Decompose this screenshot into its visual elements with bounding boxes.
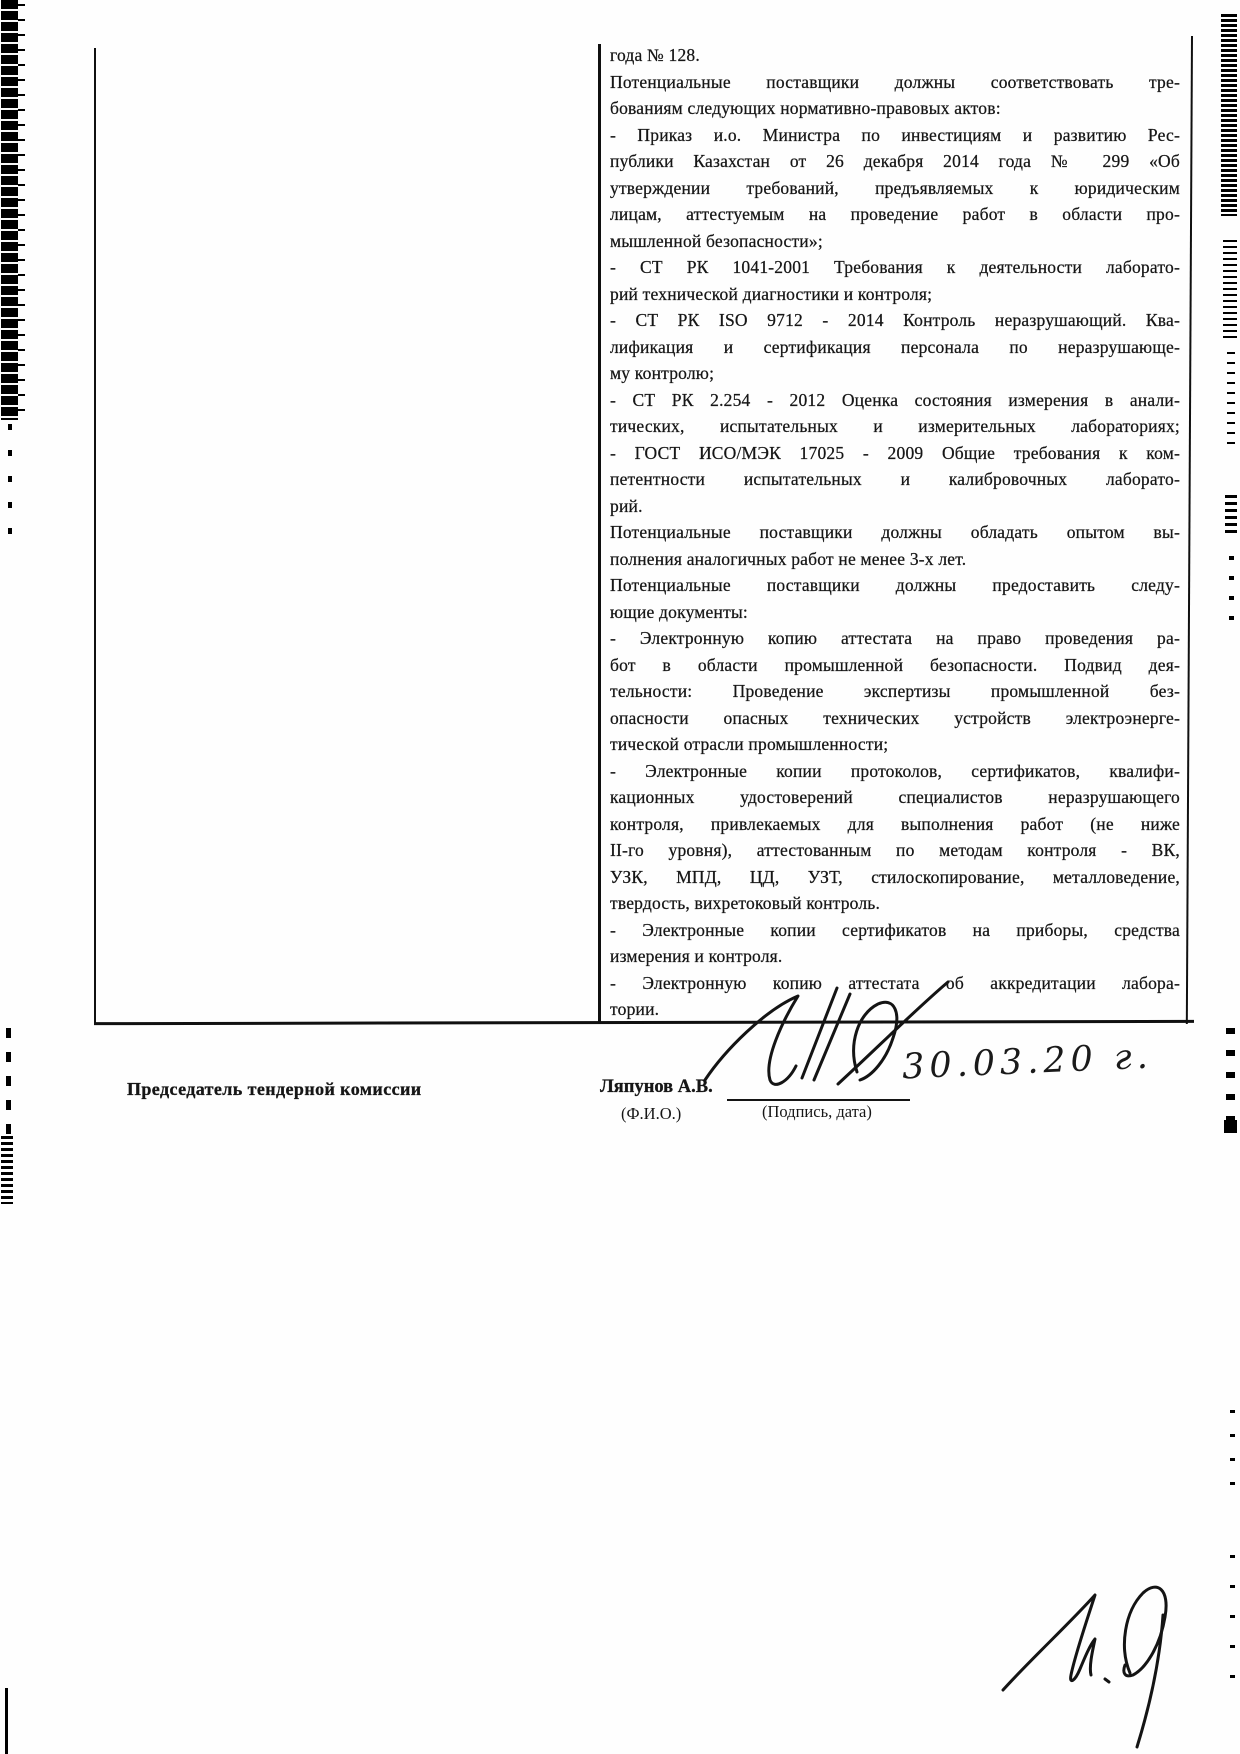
text-line: мышленной безопасности»; — [610, 228, 1180, 255]
text-line: УЗК, МПД, ЦД, УЗТ, стилоскопирование, ме… — [610, 864, 1180, 891]
text-line: измерения и контроля. — [610, 943, 1180, 970]
text-line: бованиям следующих нормативно-правовых а… — [610, 95, 1180, 122]
scan-artifact-left-dashes — [8, 424, 12, 534]
text-line: рий. — [610, 493, 1180, 520]
text-line: - Электронные копии сертификатов на приб… — [610, 917, 1180, 944]
text-line: - СТ РК 1041-2001 Требования к деятельно… — [610, 254, 1180, 281]
text-line: кационных удостоверений специалистов нер… — [610, 784, 1180, 811]
text-line: Потенциальные поставщики должны предоста… — [610, 572, 1180, 599]
scanned-document-page: года № 128.Потенциальные поставщики долж… — [0, 0, 1240, 1754]
text-line: Потенциальные поставщики должны обладать… — [610, 519, 1180, 546]
text-line: бот в области промышленной безопасности.… — [610, 652, 1180, 679]
text-line: лификация и сертификация персонала по не… — [610, 334, 1180, 361]
table-border-right — [1186, 36, 1193, 1024]
text-line: года № 128. — [610, 42, 1180, 69]
tender-requirements-text: года № 128.Потенциальные поставщики долж… — [610, 42, 1180, 1023]
text-line: ющие документы: — [610, 599, 1180, 626]
scan-artifact-right-band — [1225, 495, 1237, 537]
text-line: му контролю; — [610, 360, 1180, 387]
scan-artifact-right-barcode — [1221, 14, 1237, 216]
scan-artifact-right-dashes — [1230, 1410, 1235, 1490]
signature-line — [727, 1099, 910, 1101]
scan-artifact-left-dashes — [6, 1028, 11, 1140]
scan-artifact-left-strip — [1, 0, 18, 420]
handwritten-initials — [995, 1575, 1185, 1750]
text-line: Потенциальные поставщики должны соответс… — [610, 69, 1180, 96]
scan-artifact-left-band — [1, 1136, 13, 1204]
text-line: петентности испытательных и калибровочны… — [610, 466, 1180, 493]
text-line: - СТ РК 2.254 - 2012 Оценка состояния из… — [610, 387, 1180, 414]
table-column-divider — [598, 44, 601, 1024]
text-line: контроля, привлекаемых для выполнения ра… — [610, 811, 1180, 838]
text-line: лицам, аттестуемым на проведение работ в… — [610, 201, 1180, 228]
signature-date-caption: (Подпись, дата) — [762, 1102, 872, 1122]
fio-caption: (Ф.И.О.) — [621, 1104, 681, 1124]
text-line: тической отрасли промышленности; — [610, 731, 1180, 758]
text-line: тельности: Проведение экспертизы промышл… — [610, 678, 1180, 705]
text-line: - Электронные копии протоколов, сертифик… — [610, 758, 1180, 785]
text-line: - Приказ и.о. Министра по инвестициям и … — [610, 122, 1180, 149]
table-border-left — [94, 48, 96, 1024]
text-line: публики Казахстан от 26 декабря 2014 год… — [610, 148, 1180, 175]
text-line: рий технической диагностики и контроля; — [610, 281, 1180, 308]
scan-artifact-right-dots — [1227, 352, 1235, 447]
text-line: - Электронную копию аттестата на право п… — [610, 625, 1180, 652]
scan-artifact-right-dashes — [1229, 556, 1234, 626]
scan-artifact-left-ticks — [18, 4, 25, 414]
text-line: твердость, вихретоковый контроль. — [610, 890, 1180, 917]
text-line: полнения аналогичных работ не менее 3-х … — [610, 546, 1180, 573]
text-line: тических, испытательных и измерительных … — [610, 413, 1180, 440]
scan-artifact-right-dashes — [1230, 1555, 1235, 1705]
text-line: II-го уровня), аттестованным по методам … — [610, 837, 1180, 864]
text-line: опасности опасных технических устройств … — [610, 705, 1180, 732]
text-line: - ГОСТ ИСО/МЭК 17025 - 2009 Общие требов… — [610, 440, 1180, 467]
chairman-label: Председатель тендерной комиссии — [127, 1079, 422, 1100]
scan-artifact-right-band — [1223, 240, 1237, 338]
scan-artifact-right-blob — [1224, 1120, 1237, 1133]
text-line: утверждении требований, предъявляемых к … — [610, 175, 1180, 202]
scan-artifact-left-line — [5, 1688, 8, 1754]
text-line: - СТ РК ISO 9712 - 2014 Контроль неразру… — [610, 307, 1180, 334]
scan-artifact-right-dashes — [1226, 1028, 1235, 1128]
